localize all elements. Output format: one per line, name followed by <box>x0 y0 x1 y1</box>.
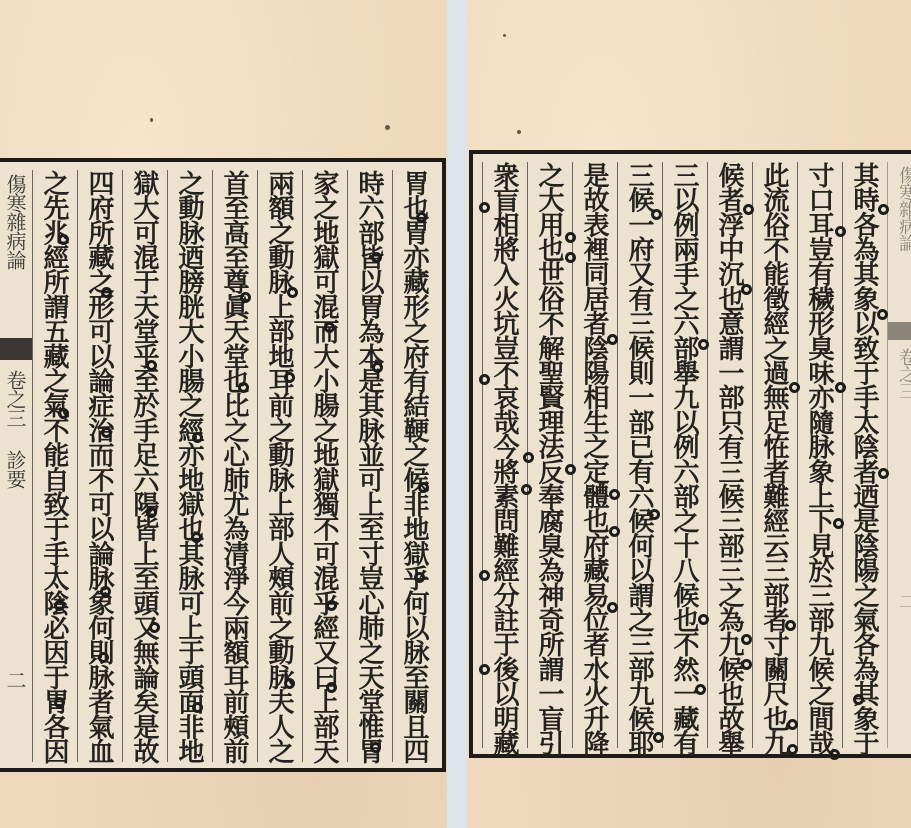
punctuation-circle-icon <box>607 334 618 345</box>
text-column: 其時各為其象以致于手太陰者迺是陰陽之氣各為其象于 <box>842 162 886 748</box>
punctuation-circle-icon <box>326 600 337 611</box>
punctuation-circle-icon <box>607 602 618 613</box>
punctuation-circle-icon <box>192 432 203 443</box>
punctuation-circle-icon <box>877 309 888 320</box>
punctuation-circle-icon <box>741 659 752 670</box>
page-number: 二 <box>0 670 32 689</box>
punctuation-circle-icon <box>565 464 576 475</box>
text-column: 寸口耳豈有穢形臭味亦隨脉象上下見於三部九候之間哉 <box>797 162 841 748</box>
punctuation-circle-icon <box>326 682 337 693</box>
punctuation-circle-icon <box>741 634 752 645</box>
column-text: 胃也胃亦藏形之府有結鞕之候非地獄乎何以脉至關且四 <box>393 170 436 763</box>
margin-book-title: 傷寒雜病論 <box>888 166 911 251</box>
punctuation-circle-icon <box>829 749 840 760</box>
punctuation-circle-icon <box>191 532 202 543</box>
column-text: 其時各為其象以致于手太陰者迺是陰陽之氣各為其象于 <box>843 162 886 755</box>
punctuation-circle-icon <box>835 226 846 237</box>
punctuation-circle-icon <box>238 382 249 393</box>
punctuation-circle-icon <box>878 468 889 479</box>
paper-speck <box>503 34 506 37</box>
punctuation-circle-icon <box>370 742 381 753</box>
punctuation-circle-icon <box>240 292 251 303</box>
punctuation-circle-icon <box>785 620 796 631</box>
punctuation-circle-icon <box>284 372 295 383</box>
punctuation-circle-icon <box>743 204 754 215</box>
right-margin-column: 傷寒雜病論 卷之三 二 <box>887 162 911 748</box>
paper-speck <box>517 130 521 134</box>
punctuation-circle-icon <box>479 664 490 675</box>
punctuation-circle-icon <box>695 684 706 695</box>
punctuation-circle-icon <box>787 719 798 730</box>
margin-page-number: 二 <box>888 592 911 609</box>
punctuation-circle-icon <box>418 482 429 493</box>
punctuation-circle-icon <box>54 697 65 708</box>
text-column: 胃也胃亦藏形之府有結鞕之候非地獄乎何以脉至關且四 <box>392 170 436 762</box>
punctuation-circle-icon <box>565 252 576 263</box>
text-column: 此流俗不能徵經之過無足恠者難經云三部者寸關尺也九 <box>752 162 796 748</box>
text-column: 兩額之動脉上部地耳前之動脉上部人頰前之動脉夫人之 <box>257 170 301 762</box>
punctuation-circle-icon <box>287 287 298 298</box>
punctuation-circle-icon <box>479 374 490 385</box>
punctuation-circle-icon <box>853 694 864 705</box>
punctuation-circle-icon <box>58 408 69 419</box>
punctuation-circle-icon <box>146 360 157 371</box>
punctuation-circle-icon <box>192 702 203 713</box>
punctuation-circle-icon <box>609 489 620 500</box>
text-column: 家之地獄可混而大小腸之地獄獨不可混乎經又曰上部天 <box>302 170 346 762</box>
text-column: 衆盲相將入火坑豈不哀哉今將素問難經分註于後以明藏 <box>482 162 526 748</box>
column-text: 四府所藏之形可以論症治而不可以論脉象何則脉者氣血 <box>78 170 121 763</box>
punctuation-circle-icon <box>521 484 532 495</box>
text-column: 首至高至尊眞天堂也比之心肺尤為清淨今兩額耳前頰前 <box>212 170 256 762</box>
column-text: 獄大可混于天堂乎至於手足六陽皆上至頭又無論矣是故 <box>123 170 166 763</box>
punctuation-circle-icon <box>58 234 69 245</box>
punctuation-circle-icon <box>609 526 620 537</box>
text-column: 是故表裡同居者陰陽相生之定體也府藏易位者水火升降 <box>572 162 616 748</box>
punctuation-circle-icon <box>698 614 709 625</box>
column-text: 家之地獄可混而大小腸之地獄獨不可混乎經又曰上部天 <box>303 170 346 763</box>
punctuation-circle-icon <box>878 204 889 215</box>
punctuation-circle-icon <box>479 570 490 581</box>
punctuation-circle-icon <box>371 252 382 263</box>
punctuation-circle-icon <box>649 509 660 520</box>
book-title: 傷寒雜病論 <box>0 174 32 269</box>
column-text: 是故表裡同居者陰陽相生之定體也府藏易位者水火升降 <box>573 162 616 755</box>
column-text: 之大用也世俗不解聖賢理法反奉腐臭為神奇所謂一盲引 <box>528 162 571 755</box>
column-text: 兩額之動脉上部地耳前之動脉上部人頰前之動脉夫人之 <box>258 170 301 763</box>
punctuation-circle-icon <box>651 209 662 220</box>
column-text: 衆盲相將入火坑豈不哀哉今將素問難經分註于後以明藏 <box>483 162 526 755</box>
punctuation-circle-icon <box>787 744 798 755</box>
punctuation-circle-icon <box>149 622 160 633</box>
text-column: 之動脉迺膀胱大小腸之經亦地獄也其脉可上于頭面非地 <box>167 170 211 762</box>
text-column: 獄大可混于天堂乎至於手足六陽皆上至頭又無論矣是故 <box>122 170 166 762</box>
column-text: 之先兆經所謂五藏之氣不能自致于手太陰必因于胃各因 <box>33 170 76 763</box>
punctuation-circle-icon <box>479 202 490 213</box>
column-text: 之動脉迺膀胱大小腸之經亦地獄也其脉可上于頭面非地 <box>168 170 211 763</box>
punctuation-circle-icon <box>324 322 335 333</box>
column-text: 三候一府又有三候則一部已有六候何以謂之三部九候耶 <box>618 162 661 755</box>
paper-speck <box>385 125 390 130</box>
text-column: 四府所藏之形可以論症治而不可以論脉象何則脉者氣血 <box>77 170 121 762</box>
column-text: 時六部皆以胃為本是其脉並可上至寸豈心肺之天堂惟胃 <box>348 170 391 763</box>
punctuation-circle-icon <box>284 678 295 689</box>
fishtail-mark <box>0 338 32 360</box>
text-column: 三候一府又有三候則一部已有六候何以謂之三部九候耶 <box>617 162 661 748</box>
punctuation-circle-icon <box>54 600 65 611</box>
left-title-column: 傷寒雜病論 卷之三 診要 二 <box>0 170 32 762</box>
column-text: 三以例兩手之六部舉九以例六部之十八候也不然一藏有 <box>663 162 706 755</box>
punctuation-circle-icon <box>653 732 664 743</box>
column-text: 寸口耳豈有穢形臭味亦隨脉象上下見於三部九候之間哉 <box>798 162 841 755</box>
punctuation-circle-icon <box>416 212 427 223</box>
left-page: 傷寒雜病論 卷之三 診要 二 胃也胃亦藏形之府有結鞕之候非地獄乎何以脉至關且四 … <box>0 0 447 828</box>
punctuation-circle-icon <box>698 339 709 350</box>
volume-section: 卷之三 診要 <box>0 370 32 488</box>
punctuation-circle-icon <box>565 232 576 243</box>
column-text: 首至高至尊眞天堂也比之心肺尤為清淨今兩額耳前頰前 <box>213 170 256 763</box>
punctuation-circle-icon <box>372 362 383 373</box>
punctuation-circle-icon <box>100 586 111 597</box>
right-page: 其時各為其象以致于手太陰者迺是陰陽之氣各為其象于 寸口耳豈有穢形臭味亦隨脉象上下… <box>467 0 911 828</box>
punctuation-circle-icon <box>741 284 752 295</box>
paper-speck <box>150 118 153 122</box>
text-column: 時六部皆以胃為本是其脉並可上至寸豈心肺之天堂惟胃 <box>347 170 391 762</box>
punctuation-circle-icon <box>98 652 109 663</box>
right-text-frame: 其時各為其象以致于手太陰者迺是陰陽之氣各為其象于 寸口耳豈有穢形臭味亦隨脉象上下… <box>469 150 911 758</box>
fishtail-mark <box>888 322 911 340</box>
punctuation-circle-icon <box>523 452 534 463</box>
punctuation-circle-icon <box>101 287 112 298</box>
punctuation-circle-icon <box>146 507 157 518</box>
punctuation-circle-icon <box>833 518 844 529</box>
punctuation-circle-icon <box>414 572 425 583</box>
punctuation-circle-icon <box>101 427 112 438</box>
punctuation-circle-icon <box>789 382 800 393</box>
text-column: 之先兆經所謂五藏之氣不能自致于手太陰必因于胃各因 <box>32 170 76 762</box>
text-column: 三以例兩手之六部舉九以例六部之十八候也不然一藏有 <box>662 162 706 748</box>
punctuation-circle-icon <box>835 382 846 393</box>
margin-volume: 卷之三 <box>888 348 911 399</box>
left-text-frame: 傷寒雜病論 卷之三 診要 二 胃也胃亦藏形之府有結鞕之候非地獄乎何以脉至關且四 … <box>0 158 446 772</box>
column-text: 此流俗不能徵經之過無足恠者難經云三部者寸關尺也九 <box>753 162 796 755</box>
